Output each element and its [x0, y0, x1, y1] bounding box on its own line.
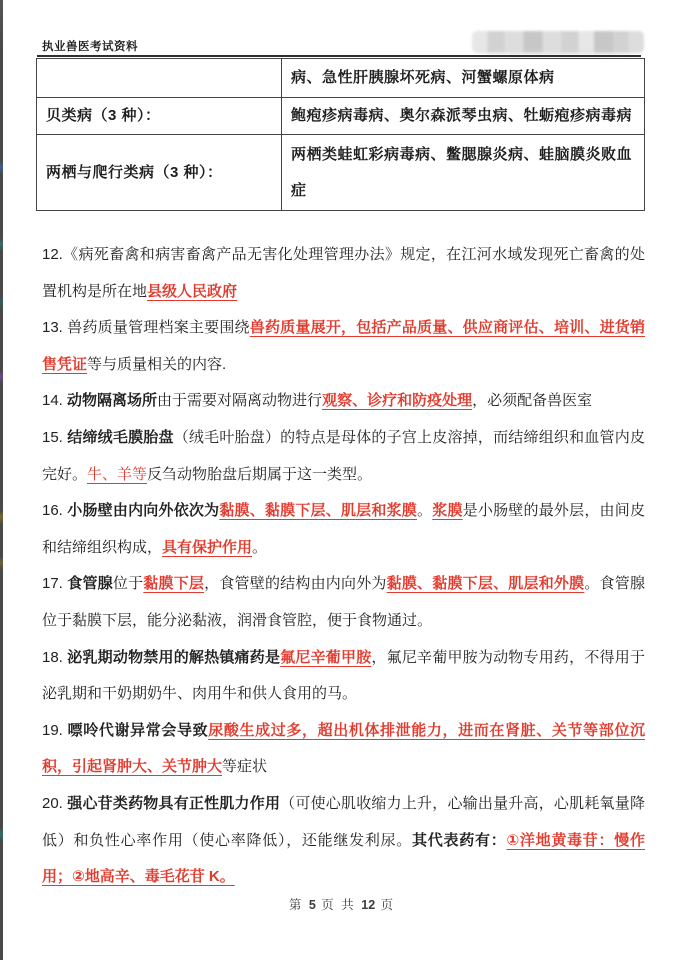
disease-table: 病、急性肝胰腺坏死病、河蟹螺原体病 贝类病（3 种）： 鲍疱疹病毒病、奥尔森派琴…	[36, 58, 645, 211]
note-item-15: 15. 结缔绒毛膜胎盘（绒毛叶胎盘）的特点是母体的子宫上皮溶掉，而结缔组织和血管…	[42, 420, 645, 493]
notes-list: 12.《病死畜禽和病害畜禽产品无害化处理管理办法》规定，在江河水域发现死亡畜禽的…	[42, 237, 645, 896]
note-item-19: 19. 嘌呤代谢异常会导致尿酸生成过多，超出机体排泄能力，进而在肾脏、关节等部位…	[42, 713, 645, 786]
note-item-18: 18. 泌乳期动物禁用的解热镇痛药是氟尼辛葡甲胺，氟尼辛葡甲胺为动物专用药，不得…	[42, 640, 645, 713]
footer-total-pages: 12	[361, 898, 375, 912]
footer-mid: 页 共	[321, 898, 355, 912]
footer-page-number: 5	[309, 898, 316, 912]
footer-prefix: 第	[289, 898, 304, 912]
note-item-13: 13. 兽药质量管理档案主要围绕兽药质量展开，包括产品质量、供应商评估、培训、进…	[42, 310, 645, 383]
table-cell-content: 病、急性肝胰腺坏死病、河蟹螺原体病	[282, 59, 645, 98]
redacted-watermark	[472, 31, 644, 53]
document-page: 执业兽医考试资料 病、急性肝胰腺坏死病、河蟹螺原体病 贝类病（3 种）： 鲍疱疹…	[0, 0, 684, 960]
page-footer: 第 5 页 共 12 页	[0, 895, 684, 913]
table-cell-content: 鲍疱疹病毒病、奥尔森派琴虫病、牡蛎疱疹病毒病	[282, 98, 645, 135]
header-divider	[37, 55, 641, 57]
note-item-20: 20. 强心苷类药物具有正性肌力作用（可使心肌收缩力上升，心输出量升高，心肌耗氧…	[42, 786, 645, 896]
table-cell-label: 两栖与爬行类病（3 种）：	[37, 135, 282, 211]
note-item-14: 14. 动物隔离场所由于需要对隔离动物进行观察、诊疗和防疫处理，必须配备兽医室	[42, 383, 645, 420]
table-cell-content: 两栖类蛙虹彩病毒病、鳖腮腺炎病、蛙脑膜炎败血症	[282, 135, 645, 211]
table-row: 贝类病（3 种）： 鲍疱疹病毒病、奥尔森派琴虫病、牡蛎疱疹病毒病	[37, 98, 645, 135]
footer-suffix: 页	[381, 898, 396, 912]
note-item-17: 17. 食管腺位于黏膜下层，食管壁的结构由内向外为黏膜、黏膜下层、肌层和外膜。食…	[42, 566, 645, 639]
table-cell-label	[37, 59, 282, 98]
note-item-16: 16. 小肠壁由内向外依次为黏膜、黏膜下层、肌层和浆膜。浆膜是小肠壁的最外层，由…	[42, 493, 645, 566]
note-item-12: 12.《病死畜禽和病害畜禽产品无害化处理管理办法》规定，在江河水域发现死亡畜禽的…	[42, 237, 645, 310]
table-row: 两栖与爬行类病（3 种）： 两栖类蛙虹彩病毒病、鳖腮腺炎病、蛙脑膜炎败血症	[37, 135, 645, 211]
doc-header-title: 执业兽医考试资料	[42, 38, 138, 54]
page-edge-artifact	[0, 0, 3, 960]
table-row: 病、急性肝胰腺坏死病、河蟹螺原体病	[37, 59, 645, 98]
table-cell-label: 贝类病（3 种）：	[37, 98, 282, 135]
